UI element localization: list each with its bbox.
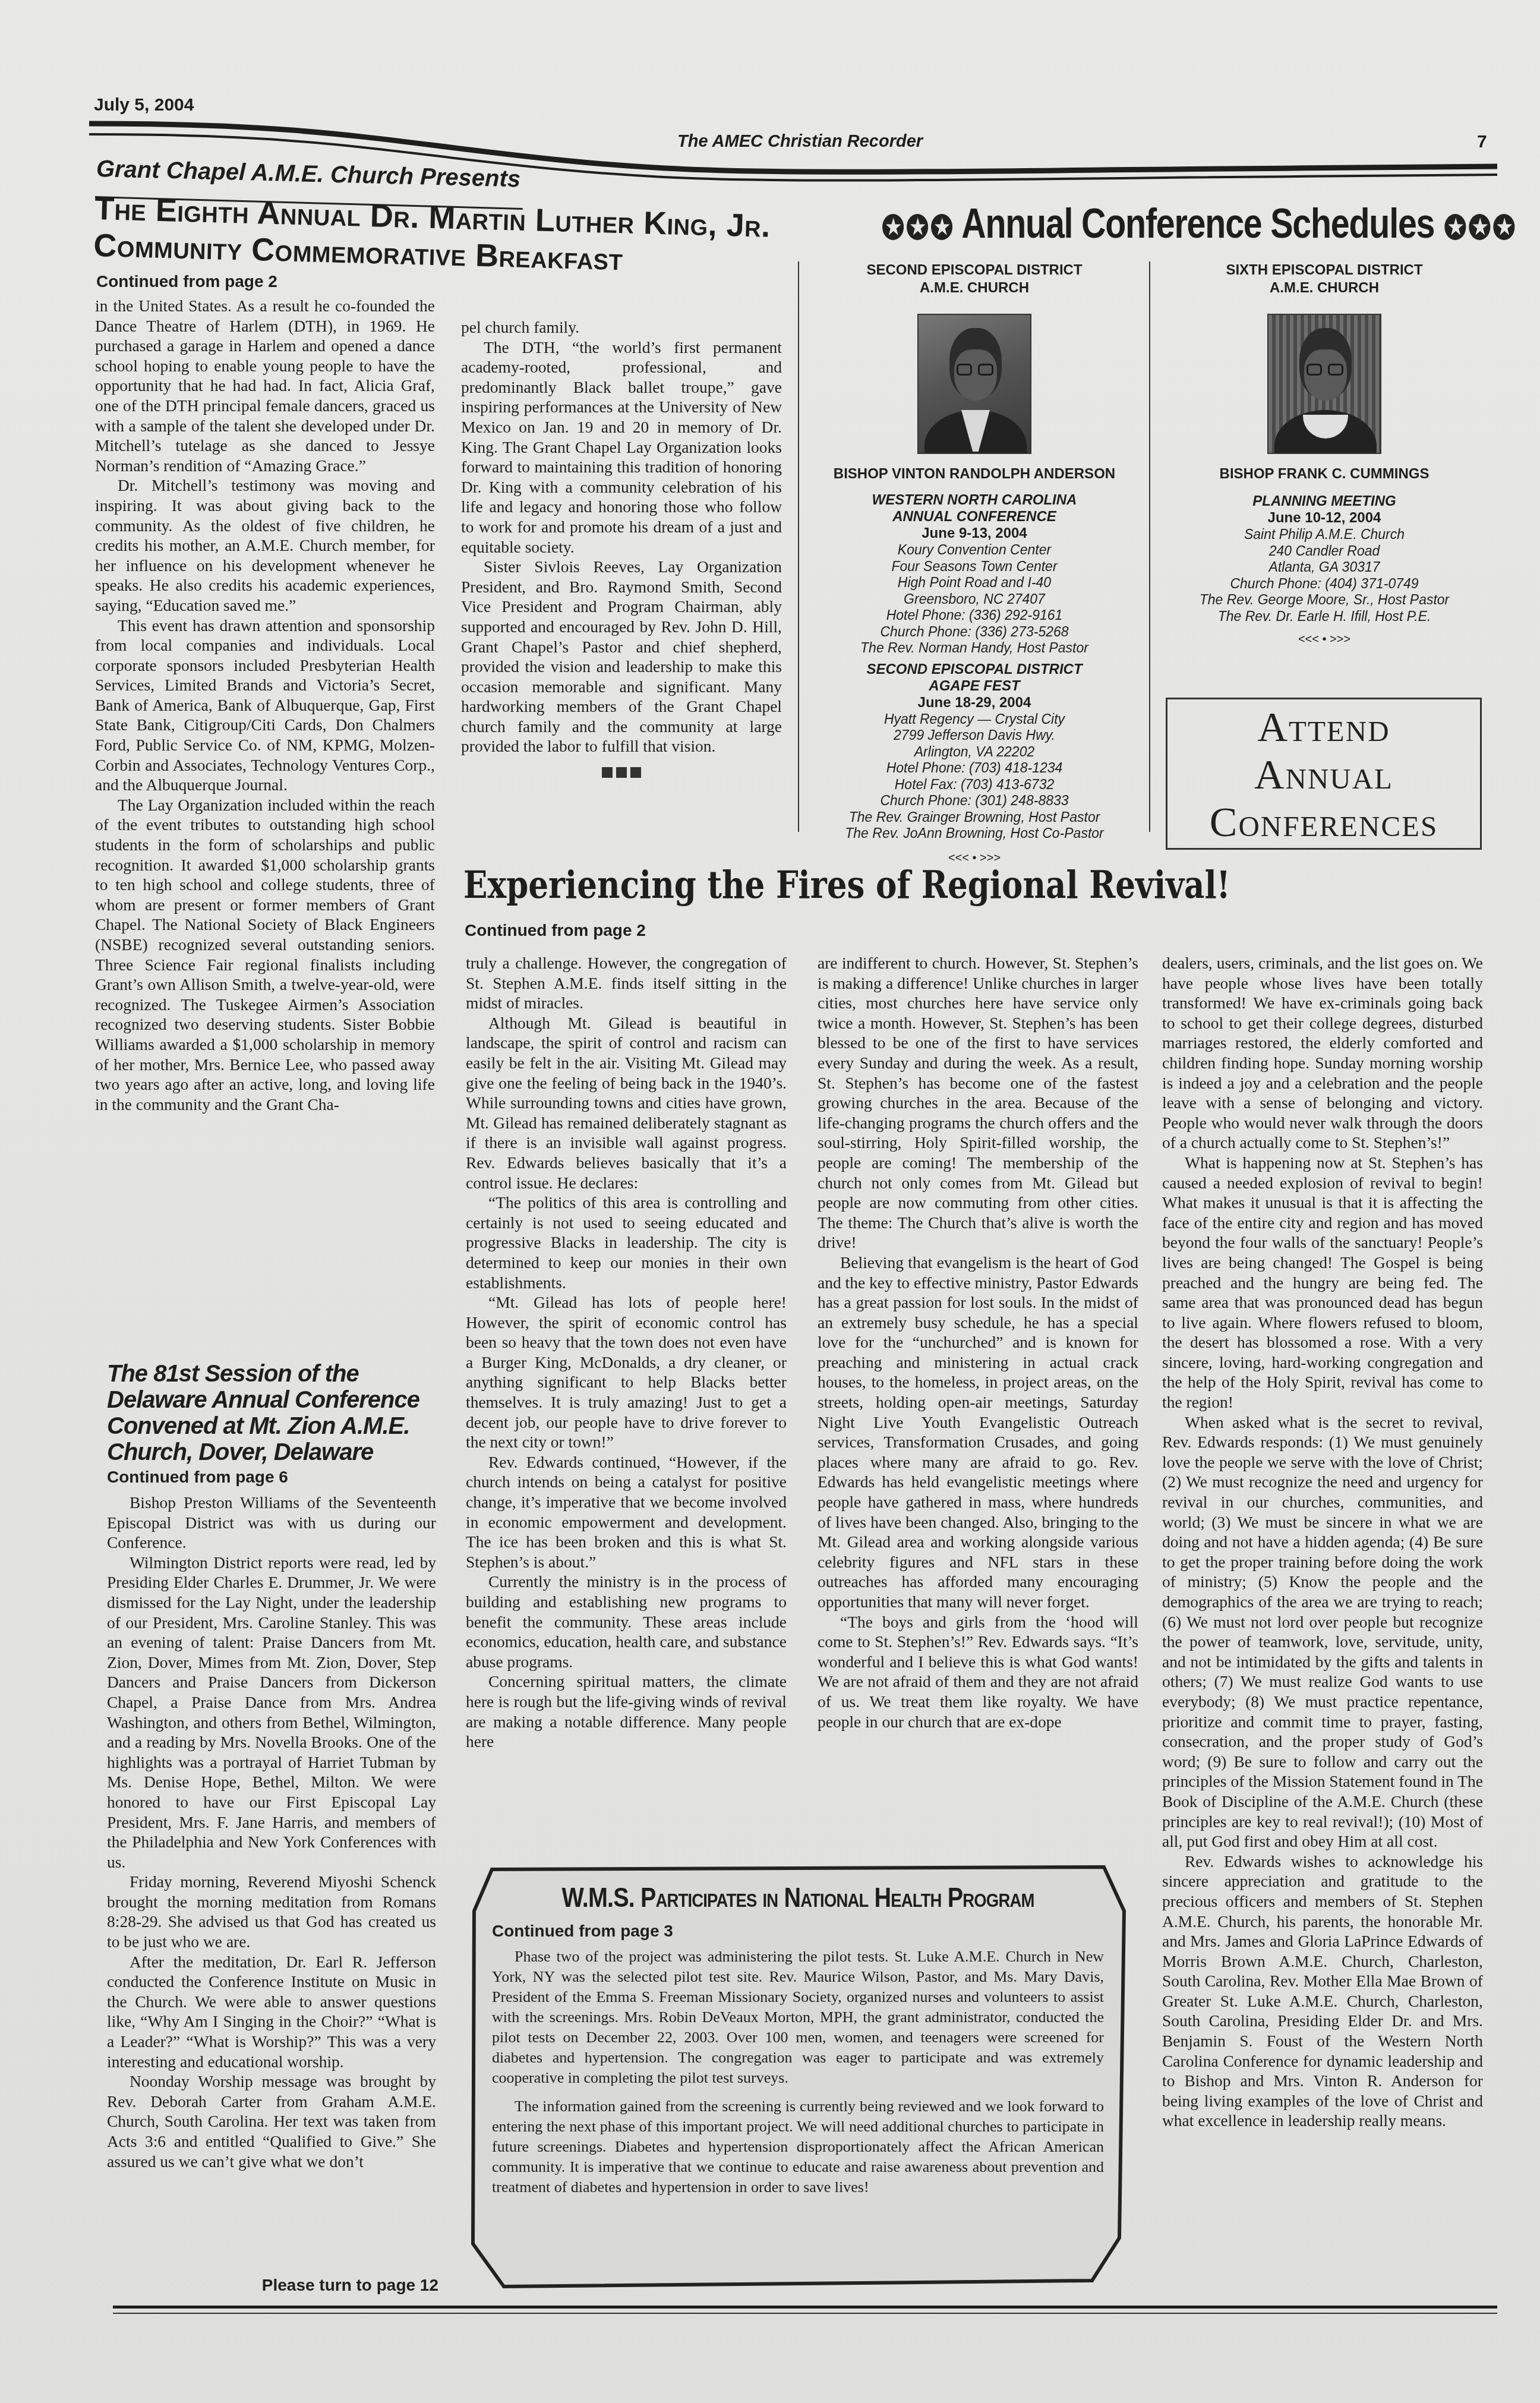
continued-from-label: Continued from page 6 (107, 1468, 288, 1487)
schedules-title: Annual Conference Schedules (961, 200, 1434, 247)
bishop-anderson-photo (917, 314, 1031, 454)
section-separator: <<< • >>> (1151, 633, 1497, 647)
event-detail: Koury Convention Center (800, 542, 1149, 559)
paragraph: “The politics of this area is controllin… (466, 1193, 787, 1292)
paragraph: The information gained from the screenin… (492, 2096, 1104, 2197)
sixth-district-schedule: SIXTH EPISCOPAL DISTRICT A.M.E. CHURCH B… (1151, 261, 1497, 647)
wms-article-headline: W.M.S. Participates in National Health P… (535, 1881, 1061, 1913)
event-detail: High Point Road and I-40 (800, 575, 1149, 591)
publication-name: The AMEC Christian Recorder (677, 132, 923, 152)
paragraph: truly a challenge. However, the congrega… (466, 953, 787, 1013)
continued-from-label: Continued from page 3 (492, 1922, 1104, 1941)
event-title: SECOND EPISCOPAL DISTRICT (800, 661, 1149, 678)
mlk-article-headline: The Eighth Annual Dr. Martin Luther King… (93, 190, 808, 282)
district-church: A.M.E. CHURCH (800, 279, 1149, 297)
paragraph: Wilmington District reports were read, l… (107, 1553, 436, 1872)
paragraph: Friday morning, Reverend Miyoshi Schenck… (107, 1872, 436, 1951)
event-detail: Atlanta, GA 30317 (1151, 559, 1497, 576)
end-of-article-mark (461, 762, 782, 783)
column-divider (798, 261, 799, 832)
event-phone: Church Phone: (336) 273-5268 (800, 624, 1149, 641)
event-phone: Hotel Phone: (703) 418-1234 (800, 760, 1149, 777)
paragraph: Bishop Preston Williams of the Seventeen… (107, 1493, 436, 1553)
paragraph: “The boys and girls from the ‘hood will … (818, 1612, 1138, 1732)
host-pastor: The Rev. George Moore, Sr., Host Pastor (1151, 592, 1497, 608)
paragraph: This event has drawn attention and spons… (95, 616, 435, 795)
paragraph: Currently the ministry is in the process… (466, 1572, 787, 1672)
event-detail: 2799 Jefferson Davis Hwy. (800, 727, 1149, 744)
event-detail: Greensboro, NC 27407 (800, 591, 1149, 608)
event-fax: Hotel Fax: (703) 413-6732 (800, 777, 1149, 793)
continued-from-label: Continued from page 2 (465, 921, 646, 940)
continued-from-label: Continued from page 2 (96, 272, 277, 291)
page-bottom-rule-thin (113, 2313, 1497, 2314)
event-phone: Church Phone: (404) 371-0749 (1151, 576, 1497, 592)
host-pastor: The Rev. Norman Handy, Host Pastor (800, 640, 1149, 657)
event-detail: 240 Candler Road (1151, 543, 1497, 560)
revival-column-1: truly a challenge. However, the congrega… (466, 953, 787, 1752)
paragraph: in the United States. As a result he co-… (95, 296, 435, 475)
event-title: PLANNING MEETING (1151, 493, 1497, 510)
bishop-name: BISHOP FRANK C. CUMMINGS (1151, 466, 1497, 483)
star-icon: ★ (1444, 214, 1466, 240)
wms-article-body: Phase two of the project was administeri… (492, 1947, 1104, 2197)
page-bottom-rule (113, 2306, 1497, 2309)
event-detail: Hyatt Regency — Crystal City (800, 711, 1149, 728)
star-icon: ★ (1469, 214, 1490, 240)
event-detail: Four Seasons Town Center (800, 559, 1149, 575)
delaware-article-headline: The 81st Session of the Delaware Annual … (107, 1361, 440, 1465)
district-church: A.M.E. CHURCH (1151, 279, 1497, 297)
mlk-column-1: in the United States. As a result he co-… (95, 296, 435, 1114)
paragraph: Although Mt. Gilead is beautiful in land… (466, 1013, 787, 1193)
star-icon: ★ (907, 214, 928, 240)
star-icon: ★ (931, 214, 952, 240)
continued-on-page-link[interactable]: Please turn to page 12 (252, 2276, 438, 2295)
paragraph: The Lay Organization included within the… (95, 795, 435, 1115)
event-title: WESTERN NORTH CAROLINA (800, 492, 1149, 509)
event-detail: Arlington, VA 22202 (800, 744, 1149, 761)
paragraph: dealers, users, criminals, and the list … (1162, 953, 1483, 1153)
district-name: SIXTH EPISCOPAL DISTRICT (1151, 261, 1497, 279)
host-co-pastor: The Rev. JoAnn Browning, Host Co-Pastor (800, 825, 1149, 842)
ad-line-3: Conferences (1167, 799, 1480, 847)
bishop-cummings-photo (1267, 314, 1381, 454)
paragraph: Rev. Edwards wishes to acknowledge his s… (1162, 1852, 1483, 2131)
star-icon: ★ (1493, 214, 1514, 240)
paragraph: When asked what is the secret to revival… (1162, 1412, 1483, 1852)
paragraph: are indifferent to church. However, St. … (818, 953, 1138, 1253)
paragraph: Noonday Worship message was brought by R… (107, 2071, 436, 2171)
event-title: AGAPE FEST (800, 678, 1149, 695)
page-number: 7 (1477, 132, 1487, 152)
mlk-column-2: pel church family. The DTH, “the world’s… (461, 317, 782, 783)
attend-conferences-ad: Attend Annual Conferences (1166, 698, 1482, 850)
paragraph: pel church family. (461, 317, 782, 338)
newspaper-page: July 5, 2004 The AMEC Christian Recorder… (0, 0, 1540, 2403)
event-date: June 9-13, 2004 (800, 525, 1149, 542)
host-pastor: The Rev. Grainger Browning, Host Pastor (800, 809, 1149, 826)
paragraph: Phase two of the project was administeri… (492, 1947, 1104, 2088)
paragraph: After the meditation, Dr. Earl R. Jeffer… (107, 1952, 436, 2072)
second-district-schedule: SECOND EPISCOPAL DISTRICT A.M.E. CHURCH … (800, 261, 1149, 865)
paragraph: Dr. Mitchell’s testimony was moving and … (95, 475, 435, 615)
paragraph: “Mt. Gilead has lots of people here! How… (466, 1292, 787, 1452)
revival-column-2: are indifferent to church. However, St. … (818, 953, 1138, 1732)
column-divider (1149, 261, 1150, 832)
bishop-name: BISHOP VINTON RANDOLPH ANDERSON (800, 466, 1149, 483)
ad-line-1: Attend (1167, 704, 1480, 752)
event-phone: Church Phone: (301) 248-8833 (800, 793, 1149, 809)
wms-article-box: W.M.S. Participates in National Health P… (468, 1858, 1128, 2291)
delaware-column: Bishop Preston Williams of the Seventeen… (107, 1493, 436, 2171)
schedules-headline: ★★★ Annual Conference Schedules ★★★ (881, 200, 1437, 247)
event-date: June 18-29, 2004 (800, 695, 1149, 711)
event-phone: Hotel Phone: (336) 292-9161 (800, 607, 1149, 624)
paragraph: What is happening now at St. Stephen’s h… (1162, 1153, 1483, 1412)
ad-line-2: Annual (1167, 752, 1480, 799)
revival-article-headline: Experiencing the Fires of Regional Reviv… (463, 863, 1312, 907)
district-name: SECOND EPISCOPAL DISTRICT (800, 261, 1149, 279)
paragraph: Concerning spiritual matters, the climat… (466, 1672, 787, 1751)
paragraph: The DTH, “the world’s first permanent ac… (461, 338, 782, 557)
paragraph: Rev. Edwards continued, “However, if the… (466, 1452, 787, 1572)
host-presiding-elder: The Rev. Dr. Earle H. Ifill, Host P.E. (1151, 608, 1497, 625)
star-icon: ★ (882, 214, 904, 240)
event-title: ANNUAL CONFERENCE (800, 509, 1149, 525)
revival-column-3: dealers, users, criminals, and the list … (1162, 953, 1483, 2131)
paragraph: Sister Sivlois Reeves, Lay Organization … (461, 557, 782, 756)
event-date: June 10-12, 2004 (1151, 510, 1497, 526)
paragraph: Believing that evangelism is the heart o… (818, 1253, 1138, 1612)
event-detail: Saint Philip A.M.E. Church (1151, 526, 1497, 543)
